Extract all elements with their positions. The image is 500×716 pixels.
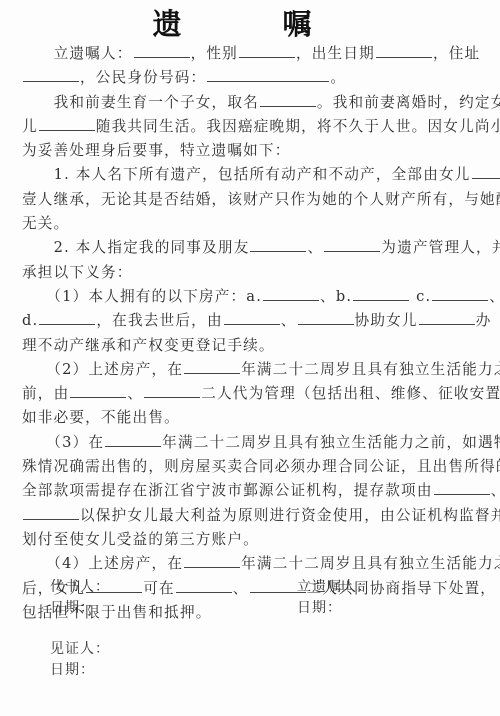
document-line: 1. 本人名下所有遗产，包括所有动产和不动产，全部由女儿: [22, 163, 478, 187]
document-text: ，在我去世后，由: [96, 312, 222, 329]
document-text: 以保护女儿最大利益为原则进行资金使用，由公证机构监督并: [80, 507, 500, 524]
document-line: 儿随我共同生活。我因癌症晚期，将不久于人世。因女儿尚小，: [22, 115, 478, 139]
document-text: 随我共同生活。我因癌症晚期，将不久于人世。因女儿尚小，: [96, 118, 500, 135]
document-text: 、: [281, 312, 297, 329]
document-text: 办: [476, 312, 492, 329]
document-body: 立遗嘱人：，性别，出生日期，住址，公民身份号码：。 我和前妻生育一个子女，取名。…: [22, 42, 478, 625]
fill-in-blank[interactable]: [184, 358, 240, 374]
document-text: 、: [491, 482, 500, 499]
document-text: 壹人继承，无论其是否结婚，该财产只作为她的个人财产所有，与她配偶: [22, 191, 500, 208]
document-line: 理不动产继承和产权变更登记手续。: [22, 334, 478, 358]
document-line: ，公民身份号码：。: [22, 66, 478, 90]
document-text: 立遗嘱人：: [22, 45, 133, 62]
witness-label: 见证人：: [50, 639, 110, 659]
document-line: 2. 本人指定我的同事及朋友、为遗产管理人，并: [22, 236, 478, 260]
testator-date-label: 日期：: [297, 598, 342, 618]
document-text: 承担以下义务：: [22, 264, 133, 281]
fill-in-blank[interactable]: [376, 42, 432, 58]
document-text: 协助女儿: [355, 312, 418, 329]
document-line: 无关。: [22, 212, 478, 236]
document-line: 立遗嘱人：，性别，出生日期，住址: [22, 42, 478, 66]
document-text: 二人代为管理（包括出租、维修、征收安置），: [201, 385, 500, 402]
document-text: 2. 本人指定我的同事及朋友: [22, 239, 249, 256]
fill-in-blank[interactable]: [324, 236, 380, 252]
fill-in-blank[interactable]: [353, 285, 409, 301]
document-line: 如非必要，不能出售。: [22, 406, 478, 430]
fill-in-blank[interactable]: [250, 236, 306, 252]
document-text: 理不动产继承和产权变更登记手续。: [22, 337, 275, 354]
fill-in-blank[interactable]: [419, 309, 475, 325]
document-line: 以保护女儿最大利益为原则进行资金使用，由公证机构监督并: [22, 504, 478, 528]
document-text: 为遗产管理人，并: [381, 239, 500, 256]
document-line: 承担以下义务：: [22, 261, 478, 285]
document-text: 年满二十二周岁且具有独立生活能力之前，如遇特: [162, 434, 500, 451]
document-text: 全部款项需提存在浙江省宁波市鄞源公证机构，提存款项由: [22, 482, 433, 499]
document-text: 、: [489, 288, 500, 305]
fill-in-blank[interactable]: [434, 479, 490, 495]
document-text: 我和前妻生育一个子女，取名: [22, 94, 259, 111]
fill-in-blank[interactable]: [23, 504, 79, 520]
fill-in-blank[interactable]: [432, 285, 488, 301]
fill-in-blank[interactable]: [144, 382, 200, 398]
document-text: 、: [307, 239, 323, 256]
document-text: ，性别: [191, 45, 238, 62]
testator-signature-label: 立遗嘱人：: [297, 577, 372, 597]
document-title: 遗 嘱: [0, 6, 500, 42]
scribe-date-label: 日期：: [50, 598, 95, 618]
document-text: d.: [22, 312, 38, 329]
fill-in-blank[interactable]: [176, 577, 232, 593]
document-line: 我和前妻生育一个子女，取名。我和前妻离婚时，约定女: [22, 91, 478, 115]
document-text: 前，由: [22, 385, 69, 402]
fill-in-blank[interactable]: [105, 431, 161, 447]
fill-in-blank[interactable]: [207, 66, 329, 82]
document-text: 无关。: [22, 215, 69, 232]
document-line: （3）在年满二十二周岁且具有独立生活能力之前，如遇特: [22, 431, 478, 455]
document-line: d.，在我去世后，由、协助女儿办: [22, 309, 478, 333]
document-text: （1）本人拥有的以下房产：a.: [22, 288, 262, 305]
document-text: 划付至使女儿受益的第三方账户。: [22, 531, 259, 548]
document-text: 、: [233, 580, 249, 597]
document-text: 。: [330, 69, 346, 86]
document-text: 如非必要，不能出售。: [22, 409, 180, 426]
document-text: ，出生日期: [296, 45, 375, 62]
document-text: 年满二十二周岁且具有独立生活能力之: [241, 361, 500, 378]
document-line: 壹人继承，无论其是否结婚，该财产只作为她的个人财产所有，与她配偶: [22, 188, 478, 212]
document-text: 年满二十二周岁且具有独立生活能力之: [241, 555, 500, 572]
document-text: 殊情况确需出售的，则房屋买卖合同必须办理合同公证，且出售所得的: [22, 458, 500, 475]
fill-in-blank[interactable]: [472, 163, 500, 179]
fill-in-blank[interactable]: [23, 66, 79, 82]
document-line: 殊情况确需出售的，则房屋买卖合同必须办理合同公证，且出售所得的: [22, 455, 478, 479]
fill-in-blank[interactable]: [70, 382, 126, 398]
fill-in-blank[interactable]: [134, 42, 190, 58]
fill-in-blank[interactable]: [263, 285, 319, 301]
fill-in-blank[interactable]: [184, 552, 240, 568]
document-text: （4）上述房产，在: [22, 555, 183, 572]
document-text: 儿: [22, 118, 38, 135]
document-text: 、: [127, 385, 143, 402]
document-text: c.: [410, 288, 431, 305]
document-line: （4）上述房产，在年满二十二周岁且具有独立生活能力之: [22, 552, 478, 576]
scribe-label: 代书人：: [50, 577, 110, 597]
fill-in-blank[interactable]: [39, 309, 95, 325]
document-text: （2）上述房产，在: [22, 361, 183, 378]
document-line: 前，由、二人代为管理（包括出租、维修、征收安置），: [22, 382, 478, 406]
document-line: （2）上述房产，在年满二十二周岁且具有独立生活能力之: [22, 358, 478, 382]
document-line: （1）本人拥有的以下房产：a.、b. c.、: [22, 285, 478, 309]
fill-in-blank[interactable]: [298, 309, 354, 325]
document-text: 可在: [143, 580, 175, 597]
document-text: 。我和前妻离婚时，约定女: [317, 94, 500, 111]
document-text: ，公民身份号码：: [80, 69, 206, 86]
fill-in-blank[interactable]: [224, 309, 280, 325]
document-text: 1. 本人名下所有遗产，包括所有动产和不动产，全部由女儿: [22, 166, 471, 183]
document-text: 为妥善处理身后要事，特立遗嘱如下：: [22, 142, 291, 159]
document-line: 划付至使女儿受益的第三方账户。: [22, 528, 478, 552]
document-text: 、b.: [320, 288, 352, 305]
document-text: （3）在: [22, 434, 104, 451]
fill-in-blank[interactable]: [260, 91, 316, 107]
document-line: 全部款项需提存在浙江省宁波市鄞源公证机构，提存款项由、: [22, 479, 478, 503]
witness-date-label: 日期：: [50, 660, 95, 680]
document-text: ，住址: [433, 45, 480, 62]
will-document-page: 遗 嘱 立遗嘱人：，性别，出生日期，住址，公民身份号码：。 我和前妻生育一个子女…: [0, 0, 500, 716]
fill-in-blank[interactable]: [239, 42, 295, 58]
document-line: 为妥善处理身后要事，特立遗嘱如下：: [22, 139, 478, 163]
fill-in-blank[interactable]: [39, 115, 95, 131]
